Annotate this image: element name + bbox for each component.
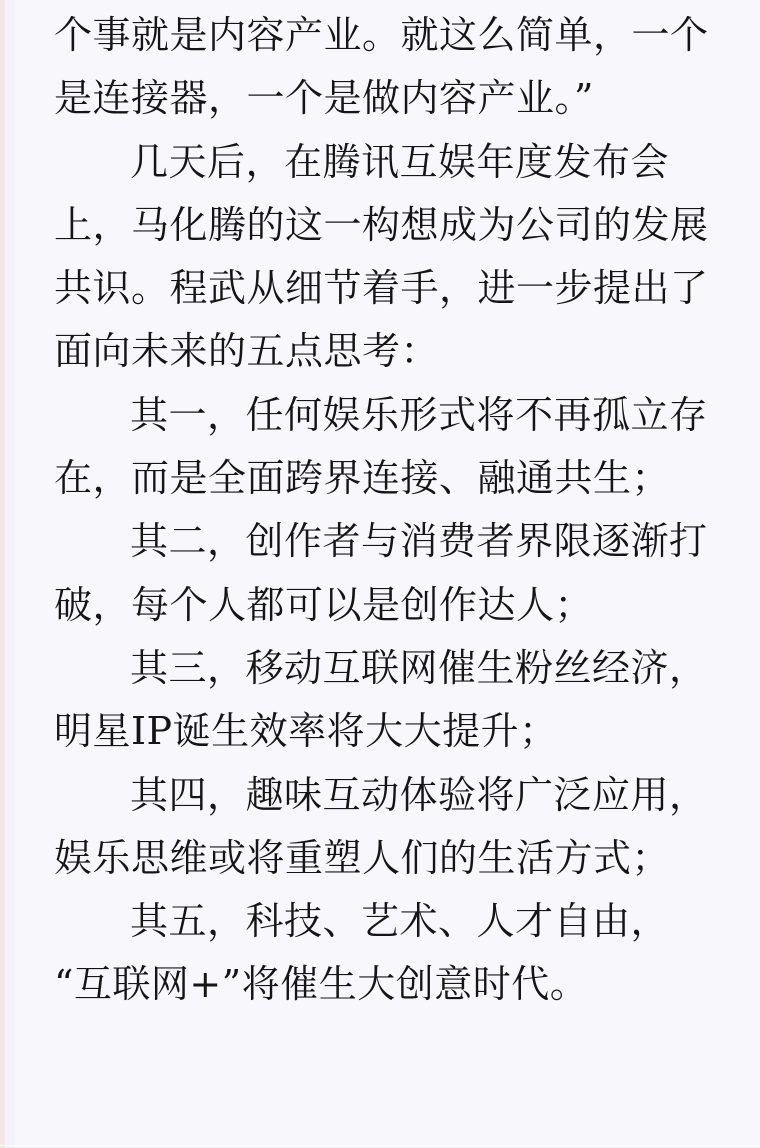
text-line: 其五，科技、艺术、人才自由， <box>54 890 714 953</box>
text-line: 共识。程武从细节着手，进一步提出了 <box>54 257 714 320</box>
paragraph-point-3: 其三，移动互联网催生粉丝经济， 明星IP诞生效率将大大提升； <box>54 637 714 764</box>
text-line: 是连接器，一个是做内容产业。” <box>54 67 714 130</box>
text-line: 明星IP诞生效率将大大提升； <box>54 700 714 763</box>
text-line: 上，马化腾的这一构想成为公司的发展 <box>54 194 714 257</box>
document-page: 个事就是内容产业。就这么简单，一个 是连接器，一个是做内容产业。” 几天后，在腾… <box>54 4 714 1017</box>
text-line: 个事就是内容产业。就这么简单，一个 <box>54 4 714 67</box>
paragraph-quote-end: 个事就是内容产业。就这么简单，一个 是连接器，一个是做内容产业。” <box>54 4 714 131</box>
text-line: 破，每个人都可以是创作达人； <box>54 574 714 637</box>
text-line: 面向未来的五点思考： <box>54 320 714 383</box>
paragraph-point-5: 其五，科技、艺术、人才自由， “互联网+”将催生大创意时代。 <box>54 890 714 1017</box>
paragraph-announcement: 几天后，在腾讯互娱年度发布会 上，马化腾的这一构想成为公司的发展 共识。程武从细… <box>54 131 714 384</box>
paragraph-point-4: 其四，趣味互动体验将广泛应用， 娱乐思维或将重塑人们的生活方式； <box>54 764 714 891</box>
text-line: “互联网+”将催生大创意时代。 <box>54 953 714 1016</box>
paragraph-point-2: 其二，创作者与消费者界限逐渐打 破，每个人都可以是创作达人； <box>54 510 714 637</box>
text-line: 其三，移动互联网催生粉丝经济， <box>54 637 714 700</box>
text-line: 在，而是全面跨界连接、融通共生； <box>54 447 714 510</box>
page-left-shadow <box>5 0 15 1148</box>
text-line: 几天后，在腾讯互娱年度发布会 <box>54 131 714 194</box>
text-line: 娱乐思维或将重塑人们的生活方式； <box>54 827 714 890</box>
text-line: 其二，创作者与消费者界限逐渐打 <box>54 510 714 573</box>
page-bottom-edge <box>0 1145 760 1146</box>
paragraph-point-1: 其一，任何娱乐形式将不再孤立存 在，而是全面跨界连接、融通共生； <box>54 384 714 511</box>
text-line: 其四，趣味互动体验将广泛应用， <box>54 764 714 827</box>
text-line: 其一，任何娱乐形式将不再孤立存 <box>54 384 714 447</box>
